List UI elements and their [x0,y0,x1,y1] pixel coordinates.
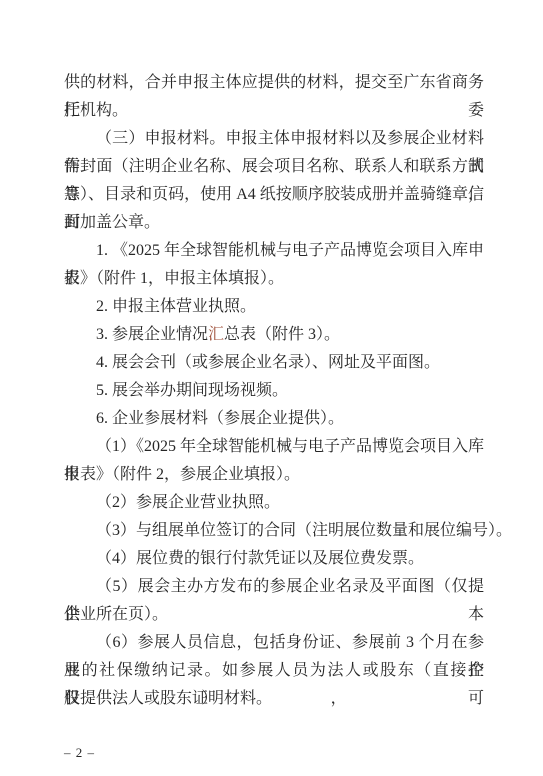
text-line: （3）与组展单位签订的合同（注明展位数量和展位编号）。 [64,517,484,545]
text-line: 作封面（注明企业名称、展会项目名称、联系人和联系方式等信 [64,153,484,181]
document-body: 供的材料，合并申报主体应提供的材料，提交至广东省商务厅委 托机构。 （三）申报材… [64,69,484,713]
text-line: （4）展位费的银行付款凭证以及展位费发票。 [64,545,484,573]
page-number: – 2 – [64,744,95,762]
text-segment: 总表（附件 3）。 [224,326,340,343]
text-line: 5. 展会举办期间现场视频。 [64,377,484,405]
text-line: 3. 参展企业情况汇总表（附件 3）。 [64,321,484,349]
text-line: 息）、目录和页码，使用 A4 纸按顺序胶装成册并盖骑缝章，封 [64,181,484,209]
text-line: （6）参展人员信息，包括身份证、参展前 3 个月在参展企 [64,629,484,657]
text-line: 面加盖公章。 [64,209,484,237]
text-line: （三）申报材料。申报主体申报材料以及参展企业材料需制 [64,125,484,153]
highlighted-character: 汇 [208,326,224,343]
document-page: 供的材料，合并申报主体应提供的材料，提交至广东省商务厅委 托机构。 （三）申报材… [0,0,543,776]
text-segment: 3. 参展企业情况 [96,326,208,343]
text-line: （5）展会主办方发布的参展企业名录及平面图（仅提供本 [64,573,484,601]
text-line: （1）《2025 年全球智能机械与电子产品博览会项目入库申 [64,433,484,461]
text-line: 4. 展会会刊（或参展企业名录）、网址及平面图。 [64,349,484,377]
text-line: 1. 《2025 年全球智能机械与电子产品博览会项目入库申报 [64,237,484,265]
text-line: 报表》（附件 2，参展企业填报）。 [64,461,484,489]
text-line: 供的材料，合并申报主体应提供的材料，提交至广东省商务厅委 [64,69,484,97]
text-line: 6. 企业参展材料（参展企业提供）。 [64,405,484,433]
text-line: 表》（附件 1，申报主体填报）。 [64,265,484,293]
text-line: （2）参展企业营业执照。 [64,489,484,517]
text-line: 2. 申报主体营业执照。 [64,293,484,321]
text-line: 业的社保缴纳记录。如参展人员为法人或股东（直接控股），可 [64,657,484,685]
